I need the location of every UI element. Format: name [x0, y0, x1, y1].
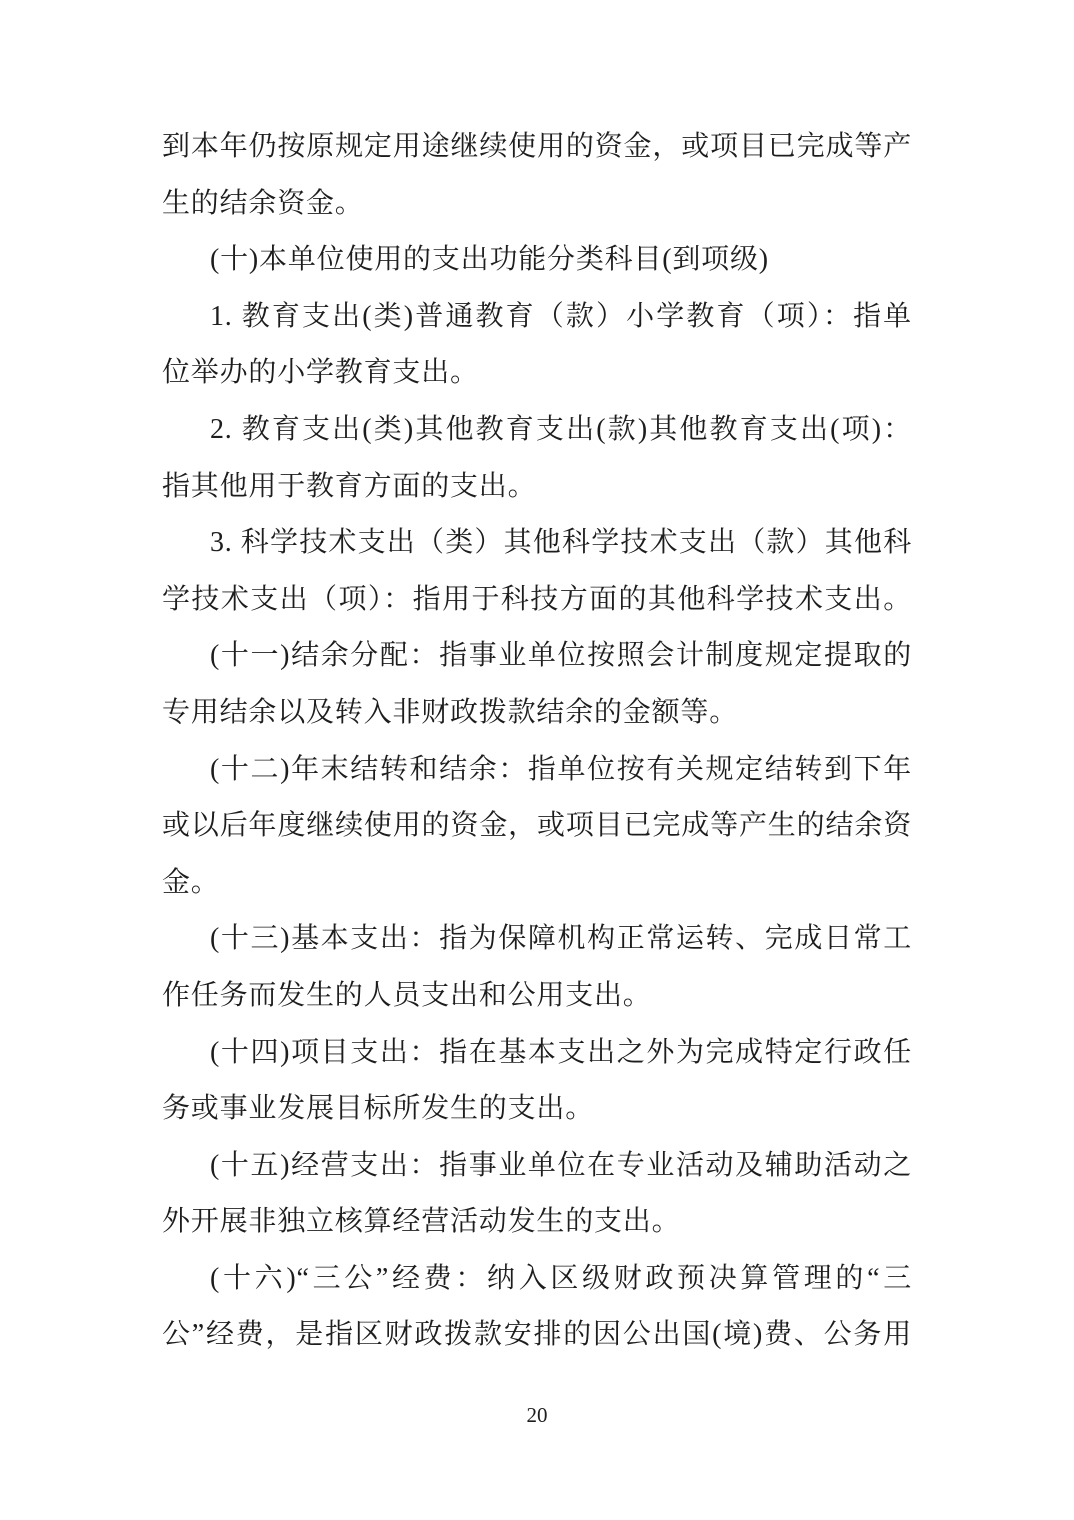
doc-line: 作任务而发生的人员支出和公用支出。 — [162, 968, 912, 1025]
doc-line: 或以后年度继续使用的资金，或项目已完成等产生的结余资 — [162, 798, 912, 855]
doc-line paragraph-start: (十六)“三公”经费：纳入区级财政预决算管理的“三 — [162, 1251, 912, 1308]
doc-line: 专用结余以及转入非财政拨款结余的金额等。 — [162, 685, 912, 742]
doc-line paragraph-start: (十五)经营支出：指事业单位在专业活动及辅助活动之 — [162, 1138, 912, 1195]
doc-line: 位举办的小学教育支出。 — [162, 345, 912, 402]
doc-line: 生的结余资金。 — [162, 176, 912, 233]
doc-line: 金。 — [162, 855, 912, 912]
doc-line paragraph-start: 3. 科学技术支出（类）其他科学技术支出（款）其他科 — [162, 515, 912, 572]
doc-line paragraph-start: (十三)基本支出：指为保障机构正常运转、完成日常工 — [162, 911, 912, 968]
doc-line: 公”经费，是指区财政拨款安排的因公出国(境)费、公务用 — [162, 1307, 912, 1364]
document-page: 到本年仍按原规定用途继续使用的资金，或项目已完成等产 生的结余资金。 (十)本单… — [0, 0, 1074, 1520]
doc-line: 到本年仍按原规定用途继续使用的资金，或项目已完成等产 — [162, 119, 912, 176]
doc-line: 学技术支出（项）：指用于科技方面的其他科学技术支出。 — [162, 572, 912, 629]
document-body: 到本年仍按原规定用途继续使用的资金，或项目已完成等产 生的结余资金。 (十)本单… — [162, 119, 912, 1364]
doc-line paragraph-start: (十二)年末结转和结余：指单位按有关规定结转到下年 — [162, 742, 912, 799]
doc-line paragraph-start: (十一)结余分配：指事业单位按照会计制度规定提取的 — [162, 628, 912, 685]
page-number: 20 — [0, 1402, 1074, 1428]
doc-line paragraph-start: 1. 教育支出(类)普通教育（款）小学教育（项）：指单 — [162, 289, 912, 346]
doc-line: 务或事业发展目标所发生的支出。 — [162, 1081, 912, 1138]
doc-line paragraph-start: (十)本单位使用的支出功能分类科目(到项级) — [162, 232, 912, 289]
doc-line: 指其他用于教育方面的支出。 — [162, 459, 912, 516]
doc-line paragraph-start: 2. 教育支出(类)其他教育支出(款)其他教育支出(项)： — [162, 402, 912, 459]
doc-line: 外开展非独立核算经营活动发生的支出。 — [162, 1194, 912, 1251]
doc-line paragraph-start: (十四)项目支出：指在基本支出之外为完成特定行政任 — [162, 1025, 912, 1082]
